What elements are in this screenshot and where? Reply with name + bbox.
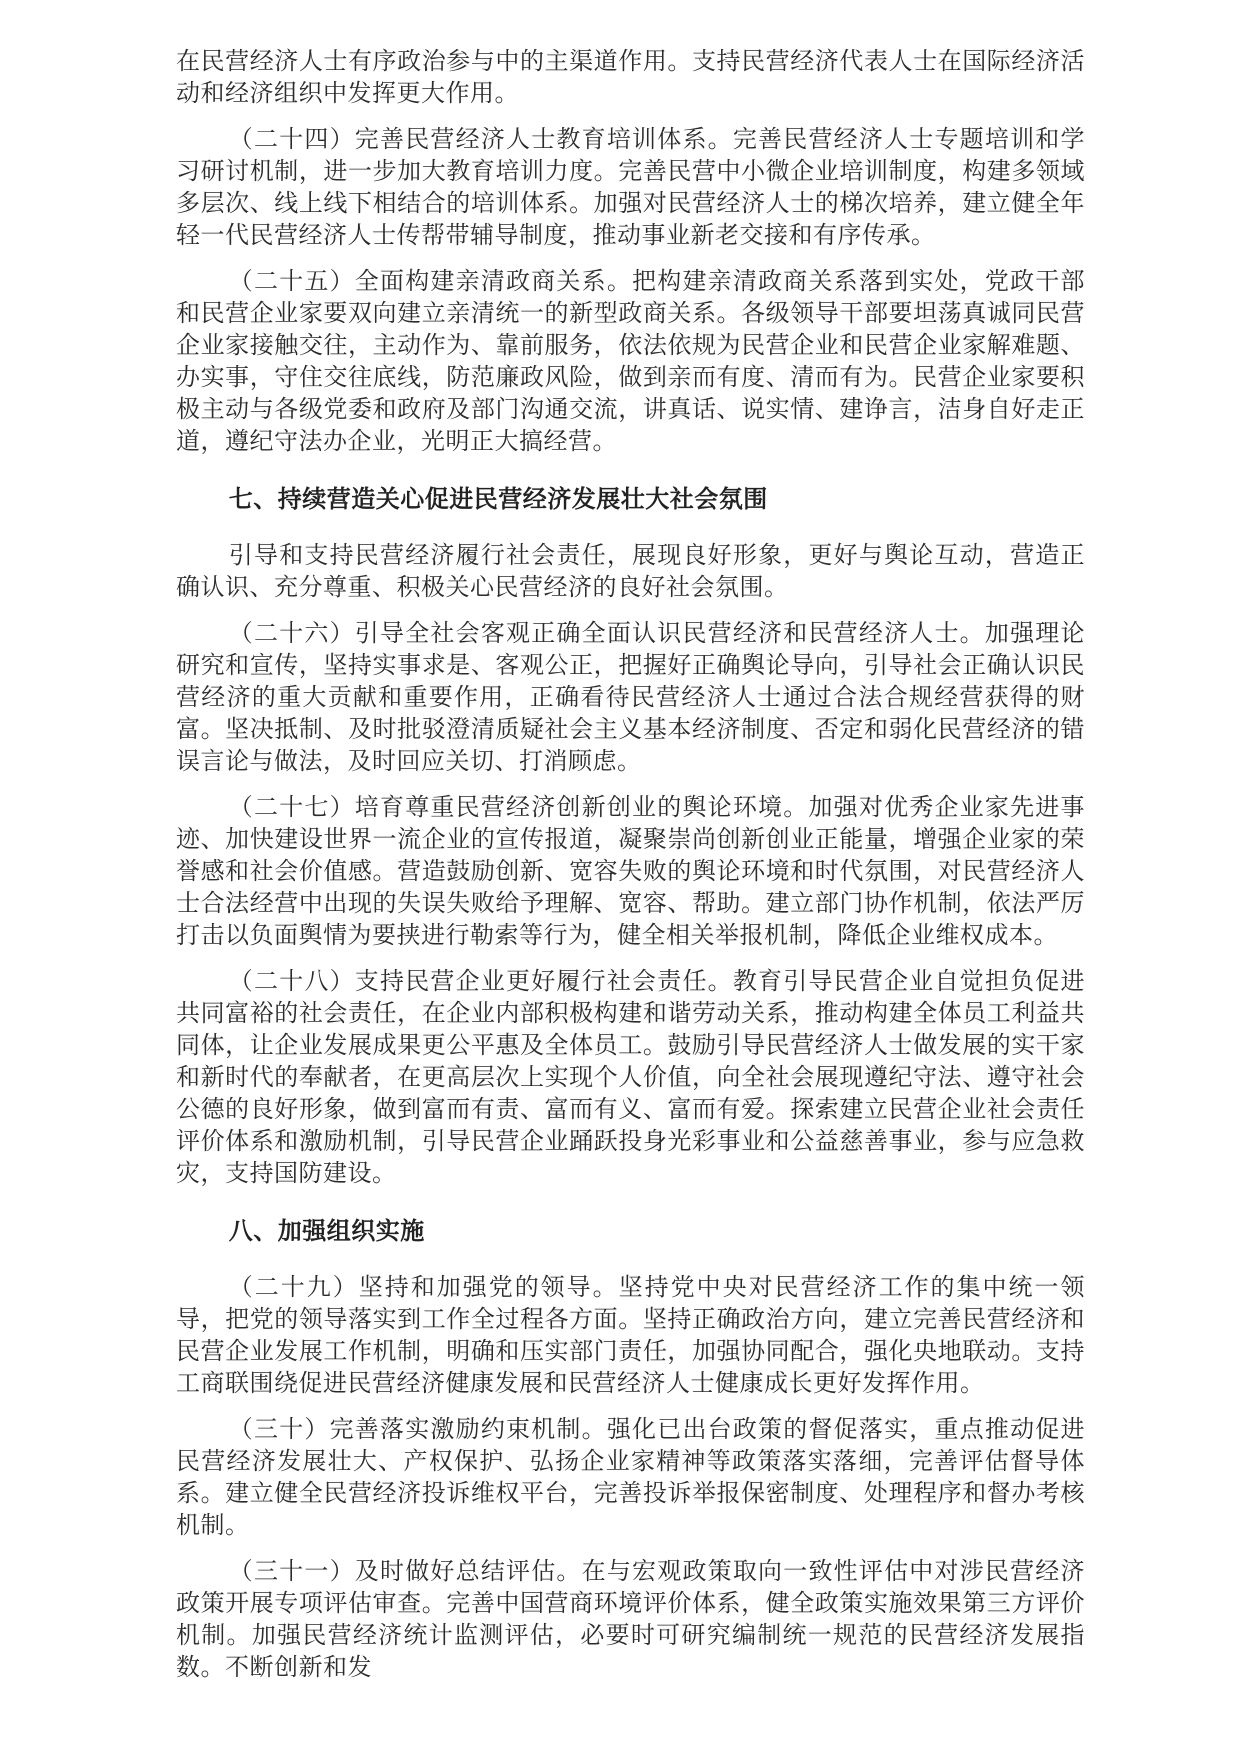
paragraph: （三十一）及时做好总结评估。在与宏观政策取向一致性评估中对涉民营经济政策开展专项… bbox=[176, 1556, 1085, 1684]
paragraph: 在民营经济人士有序政治参与中的主渠道作用。支持民营经济代表人士在国际经济活动和经… bbox=[176, 46, 1085, 110]
paragraph: 引导和支持民营经济履行社会责任，展现良好形象，更好与舆论互动，营造正确认识、充分… bbox=[176, 540, 1085, 604]
paragraph: （二十九）坚持和加强党的领导。坚持党中央对民营经济工作的集中统一领导，把党的领导… bbox=[176, 1272, 1085, 1400]
paragraph: （二十四）完善民营经济人士教育培训体系。完善民营经济人士专题培训和学习研讨机制，… bbox=[176, 124, 1085, 252]
document-page: 在民营经济人士有序政治参与中的主渠道作用。支持民营经济代表人士在国际经济活动和经… bbox=[0, 0, 1241, 1755]
section-heading-7: 七、持续营造关心促进民营经济发展壮大社会氛围 bbox=[176, 484, 1085, 516]
paragraph: （二十五）全面构建亲清政商关系。把构建亲清政商关系落到实处，党政干部和民营企业家… bbox=[176, 266, 1085, 458]
section-heading-8: 八、加强组织实施 bbox=[176, 1216, 1085, 1248]
paragraph: （三十）完善落实激励约束机制。强化已出台政策的督促落实，重点推动促进民营经济发展… bbox=[176, 1414, 1085, 1542]
paragraph: （二十七）培育尊重民营经济创新创业的舆论环境。加强对优秀企业家先进事迹、加快建设… bbox=[176, 792, 1085, 952]
paragraph: （二十八）支持民营企业更好履行社会责任。教育引导民营企业自觉担负促进共同富裕的社… bbox=[176, 966, 1085, 1190]
paragraph: （二十六）引导全社会客观正确全面认识民营经济和民营经济人士。加强理论研究和宣传，… bbox=[176, 618, 1085, 778]
